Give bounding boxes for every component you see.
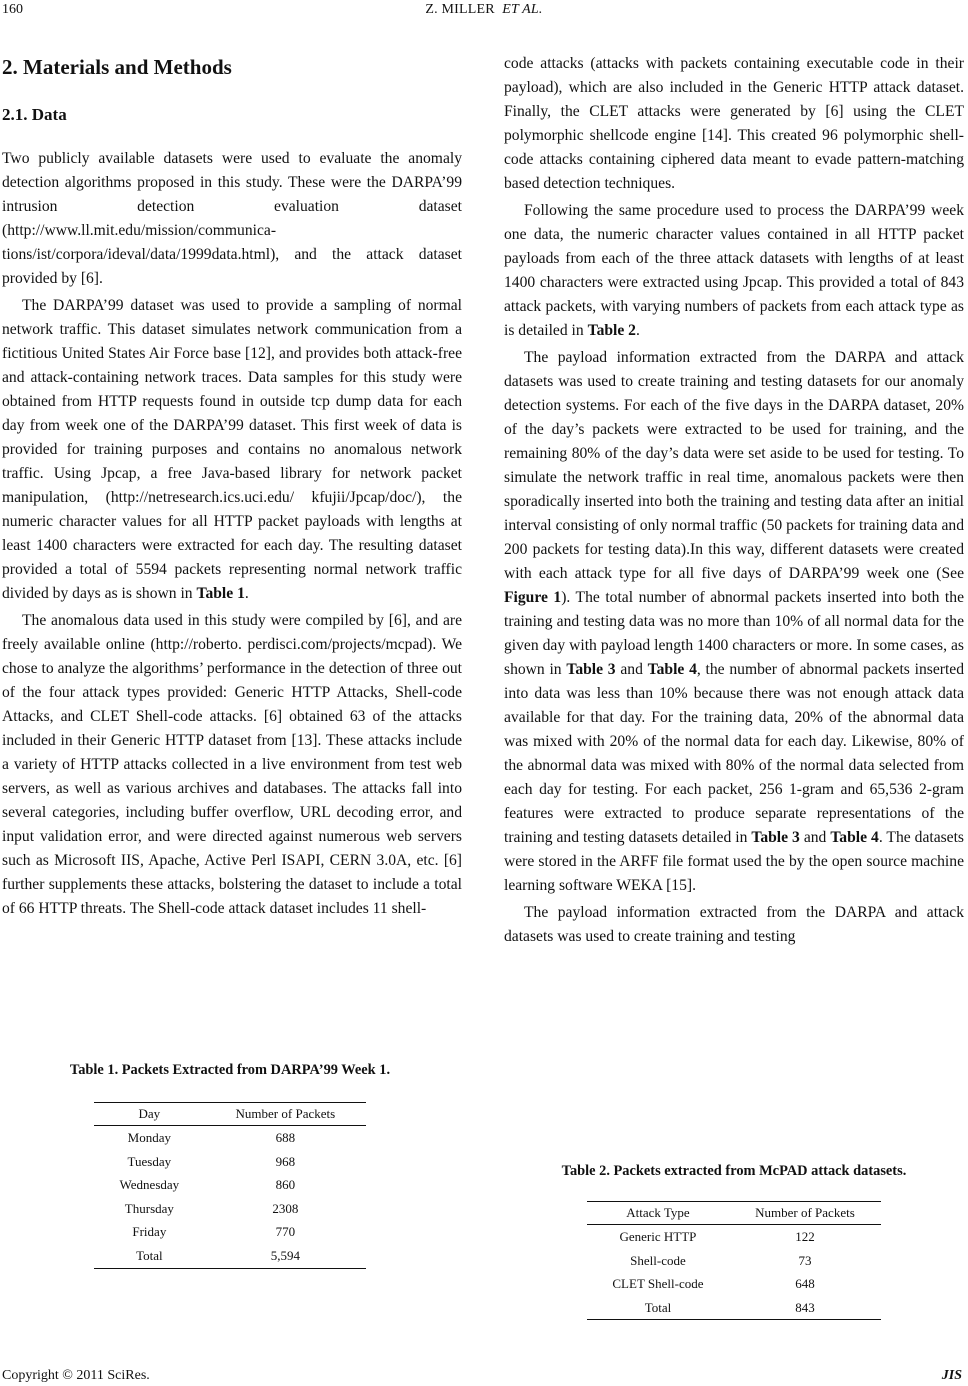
table-reference: Table 3 — [566, 661, 615, 678]
running-title-etal: ET AL. — [502, 2, 542, 17]
paragraph: The payload information extracted from t… — [504, 346, 964, 898]
paragraph-text: The DARPA’99 dataset was used to provide… — [2, 297, 462, 602]
paragraph-text: and — [800, 829, 830, 846]
paragraph-text: . — [245, 585, 249, 602]
paragraph-text: The payload information extracted from t… — [504, 349, 964, 582]
table-cell: 73 — [729, 1249, 881, 1273]
paragraph-text: Following the same procedure used to pro… — [504, 202, 964, 339]
table-row: Monday688 — [94, 1126, 366, 1150]
paragraph: The anomalous data used in this study we… — [2, 609, 462, 921]
table-reference: Table 3 — [751, 829, 799, 846]
table-caption: Table 2. Packets extracted from McPAD at… — [504, 1161, 964, 1181]
paragraph-text: and — [616, 661, 648, 678]
table-cell: CLET Shell-code — [587, 1272, 729, 1296]
table-row: Total843 — [587, 1296, 881, 1320]
table-row: Shell-code73 — [587, 1249, 881, 1273]
table-row: Thursday2308 — [94, 1197, 366, 1221]
table-1: Table 1. Packets Extracted from DARPA’99… — [0, 1060, 460, 1269]
running-head: 160 Z. MILLER ET AL. — [0, 0, 968, 24]
table-cell: 860 — [205, 1173, 366, 1197]
table-row: Generic HTTP122 — [587, 1225, 881, 1249]
table-row: Wednesday860 — [94, 1173, 366, 1197]
data-table: Day Number of Packets Monday688 Tuesday9… — [94, 1102, 366, 1269]
column-header: Number of Packets — [729, 1202, 881, 1225]
table-cell: Total — [94, 1244, 205, 1268]
copyright-notice: Copyright © 2011 SciRes. — [2, 1368, 150, 1384]
paragraph-text: , the number of abnormal packets inserte… — [504, 661, 964, 846]
table-header-row: Attack Type Number of Packets — [587, 1202, 881, 1225]
journal-abbreviation: JIS — [942, 1368, 962, 1384]
table-cell: 688 — [205, 1126, 366, 1150]
table-cell: 648 — [729, 1272, 881, 1296]
paragraph-text: . — [636, 322, 640, 339]
paragraph: Two publicly available datasets were use… — [2, 147, 462, 291]
table-cell: 5,594 — [205, 1244, 366, 1268]
table-cell: 843 — [729, 1296, 881, 1320]
subsection-heading: 2.1. Data — [2, 104, 462, 126]
table-header-row: Day Number of Packets — [94, 1103, 366, 1126]
paragraph: Following the same procedure used to pro… — [504, 199, 964, 343]
table-cell: 770 — [205, 1220, 366, 1244]
column-header: Attack Type — [587, 1202, 729, 1225]
table-cell: 2308 — [205, 1197, 366, 1221]
table-row: Total5,594 — [94, 1244, 366, 1268]
right-column: code attacks (attacks with packets conta… — [504, 50, 964, 949]
table-row: Tuesday968 — [94, 1150, 366, 1174]
column-header: Number of Packets — [205, 1103, 366, 1126]
figure-reference: Figure 1 — [504, 589, 561, 606]
table-cell: Tuesday — [94, 1150, 205, 1174]
table-reference: Table 4 — [830, 829, 878, 846]
table-cell: 122 — [729, 1225, 881, 1249]
table-cell: Shell-code — [587, 1249, 729, 1273]
table-cell: Friday — [94, 1220, 205, 1244]
table-cell: Wednesday — [94, 1173, 205, 1197]
table-reference: Table 4 — [648, 661, 697, 678]
table-cell: Total — [587, 1296, 729, 1320]
table-reference: Table 2 — [588, 322, 636, 339]
left-column: 2. Materials and Methods 2.1. Data Two p… — [2, 50, 462, 921]
running-title: Z. MILLER ET AL. — [0, 2, 968, 18]
paragraph: code attacks (attacks with packets conta… — [504, 52, 964, 196]
section-heading: 2. Materials and Methods — [2, 54, 462, 80]
table-reference: Table 1 — [196, 585, 244, 602]
table-cell: Generic HTTP — [587, 1225, 729, 1249]
table-row: CLET Shell-code648 — [587, 1272, 881, 1296]
running-title-authors: Z. MILLER — [425, 2, 494, 17]
table-2: Table 2. Packets extracted from McPAD at… — [504, 1161, 964, 1320]
column-header: Day — [94, 1103, 205, 1126]
table-cell: Monday — [94, 1126, 205, 1150]
table-caption: Table 1. Packets Extracted from DARPA’99… — [0, 1060, 460, 1080]
paragraph: The DARPA’99 dataset was used to provide… — [2, 294, 462, 606]
table-row: Friday770 — [94, 1220, 366, 1244]
table-cell: 968 — [205, 1150, 366, 1174]
paragraph: The payload information extracted from t… — [504, 901, 964, 949]
table-cell: Thursday — [94, 1197, 205, 1221]
data-table: Attack Type Number of Packets Generic HT… — [587, 1201, 881, 1320]
